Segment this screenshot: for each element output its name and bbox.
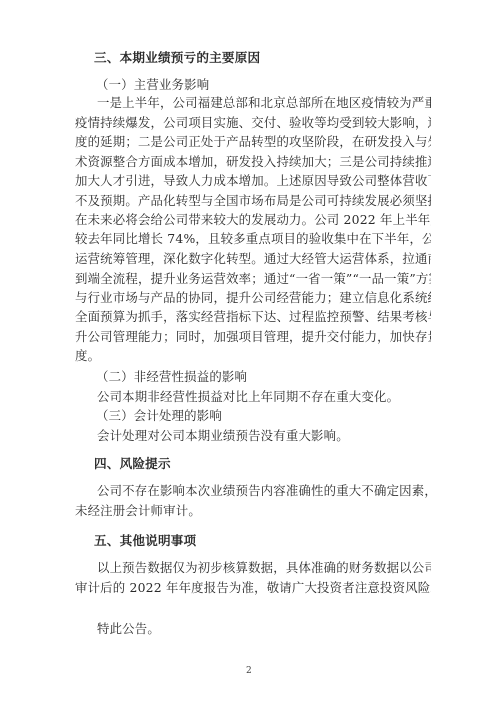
section-heading-3: 三、本期业绩预亏的主要原因 — [94, 50, 450, 66]
paragraph-line: 一是上半年，公司福建总部和北京总部所在地区疫情较为严重，且全国多地 — [97, 95, 431, 111]
paragraph-line: 较去年同比增长 74%，且较多重点项目的验收集中在下半年，公司将进一步加强 — [75, 231, 431, 247]
paragraph-line: 公司本期非经营性损益对比上年同期不存在重大变化。 — [97, 389, 431, 405]
paragraph-line: 会计处理对公司本期业绩预告没有重大影响。 — [97, 428, 431, 444]
paragraph-line: 以上预告数据仅为初步核算数据，具体准确的财务数据以公司正式披露的经 — [97, 560, 431, 576]
paragraph-line: 审计后的 2022 年年度报告为准，敬请广大投资者注意投资风险。 — [75, 580, 431, 596]
paragraph-line: 到端全流程，提升业务运营效率；通过“一省一策”“一品一策”方案打通大区 — [75, 271, 431, 287]
paragraph-line: 运营统筹管理，深化数字化转型。通过大经管大运营体系，拉通商机到回款的端 — [75, 251, 431, 267]
paragraph-line: 术资源整合方面成本增加，研发投入持续加大；三是公司持续推进布局全国市场， — [75, 154, 431, 170]
subsection-title-1: （一）主营业务影响 — [96, 77, 452, 93]
paragraph-line: 全面预算为抓手，落实经营指标下达、过程监控预警、结果考核与激励应用，提 — [75, 309, 431, 325]
paragraph-line: 公司不存在影响本次业绩预告内容准确性的重大不确定因素，本次业绩预告 — [97, 483, 431, 499]
paragraph-line: 度的延期；二是公司正处于产品转型的攻坚阶段，在研发投入与外部高端科研技 — [75, 134, 431, 150]
page-number: 2 — [246, 666, 252, 676]
paragraph-line: 不及预期。产品化转型与全国市场布局是公司可持续发展必须坚持的长期战略， — [75, 193, 431, 209]
paragraph-line: 疫情持续爆发，公司项目实施、交付、验收等均受到较大影响，进度均有较大程 — [75, 115, 431, 131]
subsection-title-2: （二）非经营性损益的影响 — [96, 369, 452, 385]
paragraph-line: 度。 — [75, 348, 431, 364]
paragraph-line: 加大人才引进，导致人力成本增加。上述原因导致公司整体营收下降，盈利状况 — [75, 173, 431, 189]
paragraph-line: 在未来必将会给公司带来较大的发展动力。公司 2022 年上半年度新增合同金额 — [75, 212, 431, 228]
document-page: 三、本期业绩预亏的主要原因 （一）主营业务影响 一是上半年，公司福建总部和北京总… — [0, 0, 500, 709]
paragraph-line: 与行业市场与产品的协同，提升公司经营能力；建立信息化系统经营数据链，以 — [75, 290, 431, 306]
section-heading-4: 四、风险提示 — [94, 456, 450, 472]
paragraph-line: 未经注册会计师审计。 — [75, 503, 431, 519]
subsection-title-3: （三）会计处理的影响 — [96, 408, 452, 424]
section-heading-5: 五、其他说明事项 — [94, 533, 450, 549]
closing-text: 特此公告。 — [97, 621, 431, 637]
paragraph-line: 升公司管理能力；同时，加强项目管理，提升交付能力，加快存量项目的验收速 — [75, 329, 431, 345]
